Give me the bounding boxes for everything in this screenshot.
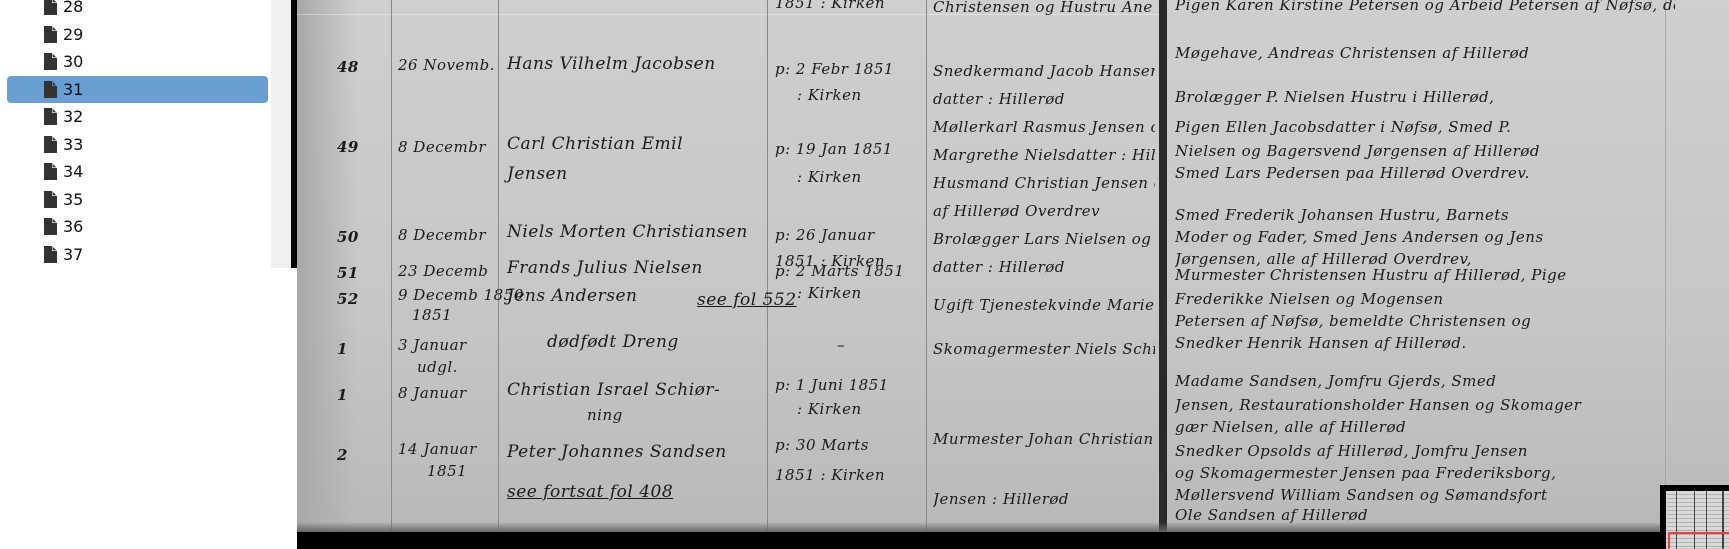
page-label: 28 bbox=[63, 0, 83, 16]
godparents-line: Pigen Karen Kirstine Petersen og Arbeid … bbox=[1175, 0, 1675, 14]
baptism-cell: p: 30 Marts bbox=[775, 436, 869, 454]
parents-cell: Skomagermester Niels Schiørring og Hustr… bbox=[933, 340, 1155, 358]
name-cell: Peter Johannes Sandsen bbox=[507, 442, 727, 462]
parents-cell: Husmand Christian Jensen og Hustru Sidse… bbox=[933, 174, 1155, 192]
baptism-place: : Kirken bbox=[797, 400, 862, 418]
name-cell-cont: Jensen bbox=[507, 164, 568, 184]
page-label: 36 bbox=[63, 217, 83, 236]
date-cell: 23 Decemb bbox=[398, 262, 488, 280]
parents-cell: Jensen : Hillerød bbox=[933, 490, 1069, 508]
godparents-column: Pigen Karen Kirstine Petersen og Arbeid … bbox=[1175, 0, 1675, 532]
scanned-register-page: 1851 : Kirken 48 26 Novemb. Hans Vilhelm… bbox=[297, 0, 1729, 532]
parents-cell: Møllerkarl Rasmus Jensen og Hustru Ellen bbox=[933, 118, 1155, 136]
date-year: 1851 bbox=[427, 462, 467, 480]
baptism-cell: 1851 : Kirken bbox=[775, 0, 885, 12]
navigator-minimap[interactable] bbox=[1660, 485, 1729, 549]
page-label: 35 bbox=[63, 190, 83, 209]
parents-cell: Margrethe Nielsdatter : Hillerød bbox=[933, 146, 1155, 164]
file-icon bbox=[44, 136, 57, 153]
name-cell: Jens Andersen bbox=[507, 286, 637, 306]
sidebar-scrollbar-track[interactable] bbox=[271, 0, 291, 268]
page-item-35[interactable]: 35 bbox=[0, 186, 271, 214]
file-icon bbox=[44, 191, 57, 208]
godparents-line: gær Nielsen, alle af Hillerød bbox=[1175, 418, 1406, 436]
row-number: 51 bbox=[337, 264, 359, 282]
godparents-line: Petersen af Nøfsø, bemeldte Christensen … bbox=[1175, 312, 1531, 330]
page-item-29[interactable]: 29 bbox=[0, 21, 271, 49]
baptism-place: 1851 : Kirken bbox=[775, 466, 885, 484]
baptism-cell: p: 1 Juni 1851 bbox=[775, 376, 889, 394]
name-cell: Hans Vilhelm Jacobsen bbox=[507, 54, 716, 74]
godparents-line: og Skomagermester Jensen paa Frederiksbo… bbox=[1175, 464, 1556, 482]
parents-cell: Snedkermand Jacob Hansen og Hustru Maren… bbox=[933, 62, 1155, 80]
godparents-line: Madame Sandsen, Jomfru Gjerds, Smed bbox=[1175, 372, 1496, 390]
page-item-28[interactable]: 28 bbox=[0, 0, 271, 21]
parents-cell: Brolægger Lars Nielsen og Hustru Margret… bbox=[933, 230, 1155, 248]
godparents-line: Brolægger P. Nielsen Hustru i Hillerød, bbox=[1175, 88, 1494, 106]
parents-cell: datter : Hillerød bbox=[933, 258, 1065, 276]
page-item-33[interactable]: 33 bbox=[0, 131, 271, 159]
parents-cell: Christensen og Hustru Ane Marie Petersen… bbox=[933, 0, 1155, 16]
page-item-30[interactable]: 30 bbox=[0, 48, 271, 76]
date-year: 1851 bbox=[412, 306, 452, 324]
godparents-line: Frederikke Nielsen og Mogensen bbox=[1175, 290, 1444, 308]
date-cell: 26 Novemb. bbox=[398, 56, 495, 74]
parents-cell: Murmester Johan Christian Svendsen og Hu… bbox=[933, 430, 1155, 448]
baptism-cell: p: 2 Marts 1851 bbox=[775, 262, 904, 280]
file-icon bbox=[44, 163, 57, 180]
godparents-line: Nielsen og Bagersvend Jørgensen af Hille… bbox=[1175, 142, 1540, 160]
page-label: 32 bbox=[63, 107, 83, 126]
image-viewer[interactable]: 1851 : Kirken 48 26 Novemb. Hans Vilhelm… bbox=[291, 0, 1729, 549]
date-cell: 8 Decembr bbox=[398, 226, 486, 244]
file-icon bbox=[44, 53, 57, 70]
godparents-line: Smed Frederik Johansen Hustru, Barnets bbox=[1175, 206, 1509, 224]
date-cell: 8 Decembr bbox=[398, 138, 486, 156]
row-number: 1 bbox=[337, 340, 348, 358]
file-icon bbox=[44, 81, 57, 98]
godparents-line: Pigen Ellen Jacobsdatter i Nøfsø, Smed P… bbox=[1175, 118, 1511, 136]
baptism-place: : Kirken bbox=[797, 168, 862, 186]
page-label: 33 bbox=[63, 135, 83, 154]
date-cell: 3 Januar bbox=[398, 336, 467, 354]
parents-cell: af Hillerød Overdrev bbox=[933, 202, 1100, 220]
row-number: 48 bbox=[337, 58, 359, 76]
name-cell: Niels Morten Christiansen bbox=[507, 222, 748, 242]
file-icon bbox=[44, 108, 57, 125]
page-item-32[interactable]: 32 bbox=[0, 103, 271, 131]
page-item-37[interactable]: 37 bbox=[0, 241, 271, 269]
godparents-line: Snedker Henrik Hansen af Hillerød. bbox=[1175, 334, 1467, 352]
baptism-place: : Kirken bbox=[797, 86, 862, 104]
date-cell: 9 Decemb 1850 bbox=[398, 286, 524, 304]
date-cell: 8 Januar bbox=[398, 384, 467, 402]
date-note: udgl. bbox=[417, 358, 458, 376]
row-number: 52 bbox=[337, 290, 359, 308]
file-icon bbox=[44, 26, 57, 43]
parents-cell: datter : Hillerød bbox=[933, 90, 1065, 108]
baptism-cell: p: 2 Febr 1851 bbox=[775, 60, 894, 78]
row-number: 49 bbox=[337, 138, 359, 156]
name-cell: Carl Christian Emil bbox=[507, 134, 683, 154]
row-number: 50 bbox=[337, 228, 359, 246]
name-cell-cont: ning bbox=[587, 406, 623, 424]
godparents-line: Møllersvend William Sandsen og Sømandsfo… bbox=[1175, 486, 1548, 504]
name-cell: Frands Julius Nielsen bbox=[507, 258, 703, 278]
page-label: 30 bbox=[63, 52, 83, 71]
cross-reference: see fol 552 bbox=[697, 290, 797, 310]
name-cell: Christian Israel Schiør- bbox=[507, 380, 720, 400]
page-item-31[interactable]: 31 bbox=[0, 76, 271, 104]
parents-cell: Ugift Tjenestekvinde Marie Sandahl : Hil… bbox=[933, 296, 1155, 314]
page-label: 34 bbox=[63, 162, 83, 181]
file-icon bbox=[44, 0, 57, 15]
row-number: 2 bbox=[337, 446, 348, 464]
godparents-line: Møgehave, Andreas Christensen af Hillerø… bbox=[1175, 44, 1529, 62]
cross-reference: see fortsat fol 408 bbox=[507, 482, 673, 502]
godparents-line: Jensen, Restaurationsholder Hansen og Sk… bbox=[1175, 396, 1581, 414]
page-item-34[interactable]: 34 bbox=[0, 158, 271, 186]
row-number: 1 bbox=[337, 386, 348, 404]
page-list-sidebar: 28 29 30 31 32 33 34 35 36 37 bbox=[0, 0, 291, 268]
page-label: 31 bbox=[63, 80, 83, 99]
date-cell: 14 Januar bbox=[398, 440, 477, 458]
parents-column: Christensen og Hustru Ane Marie Petersen… bbox=[933, 0, 1155, 532]
file-icon bbox=[44, 246, 57, 263]
page-label: 29 bbox=[63, 25, 83, 44]
page-label: 37 bbox=[63, 245, 83, 264]
godparents-line: Moder og Fader, Smed Jens Andersen og Je… bbox=[1175, 228, 1544, 246]
godparents-line: Smed Lars Pedersen paa Hillerød Overdrev… bbox=[1175, 164, 1530, 182]
file-icon bbox=[44, 218, 57, 235]
baptism-place: : Kirken bbox=[797, 284, 862, 302]
baptism-cell: p: 19 Jan 1851 bbox=[775, 140, 893, 158]
baptism-cell: p: 26 Januar bbox=[775, 226, 875, 244]
page-item-36[interactable]: 36 bbox=[0, 213, 271, 241]
godparents-line: Murmester Christensen Hustru af Hillerød… bbox=[1175, 266, 1567, 284]
name-cell: dødfødt Dreng bbox=[547, 332, 679, 352]
godparents-line: Snedker Opsolds af Hillerød, Jomfru Jens… bbox=[1175, 442, 1528, 460]
navigator-viewport-rect[interactable] bbox=[1668, 532, 1729, 549]
baptism-cell: – bbox=[837, 336, 845, 354]
page-tree: 28 29 30 31 32 33 34 35 36 37 bbox=[0, 0, 271, 268]
